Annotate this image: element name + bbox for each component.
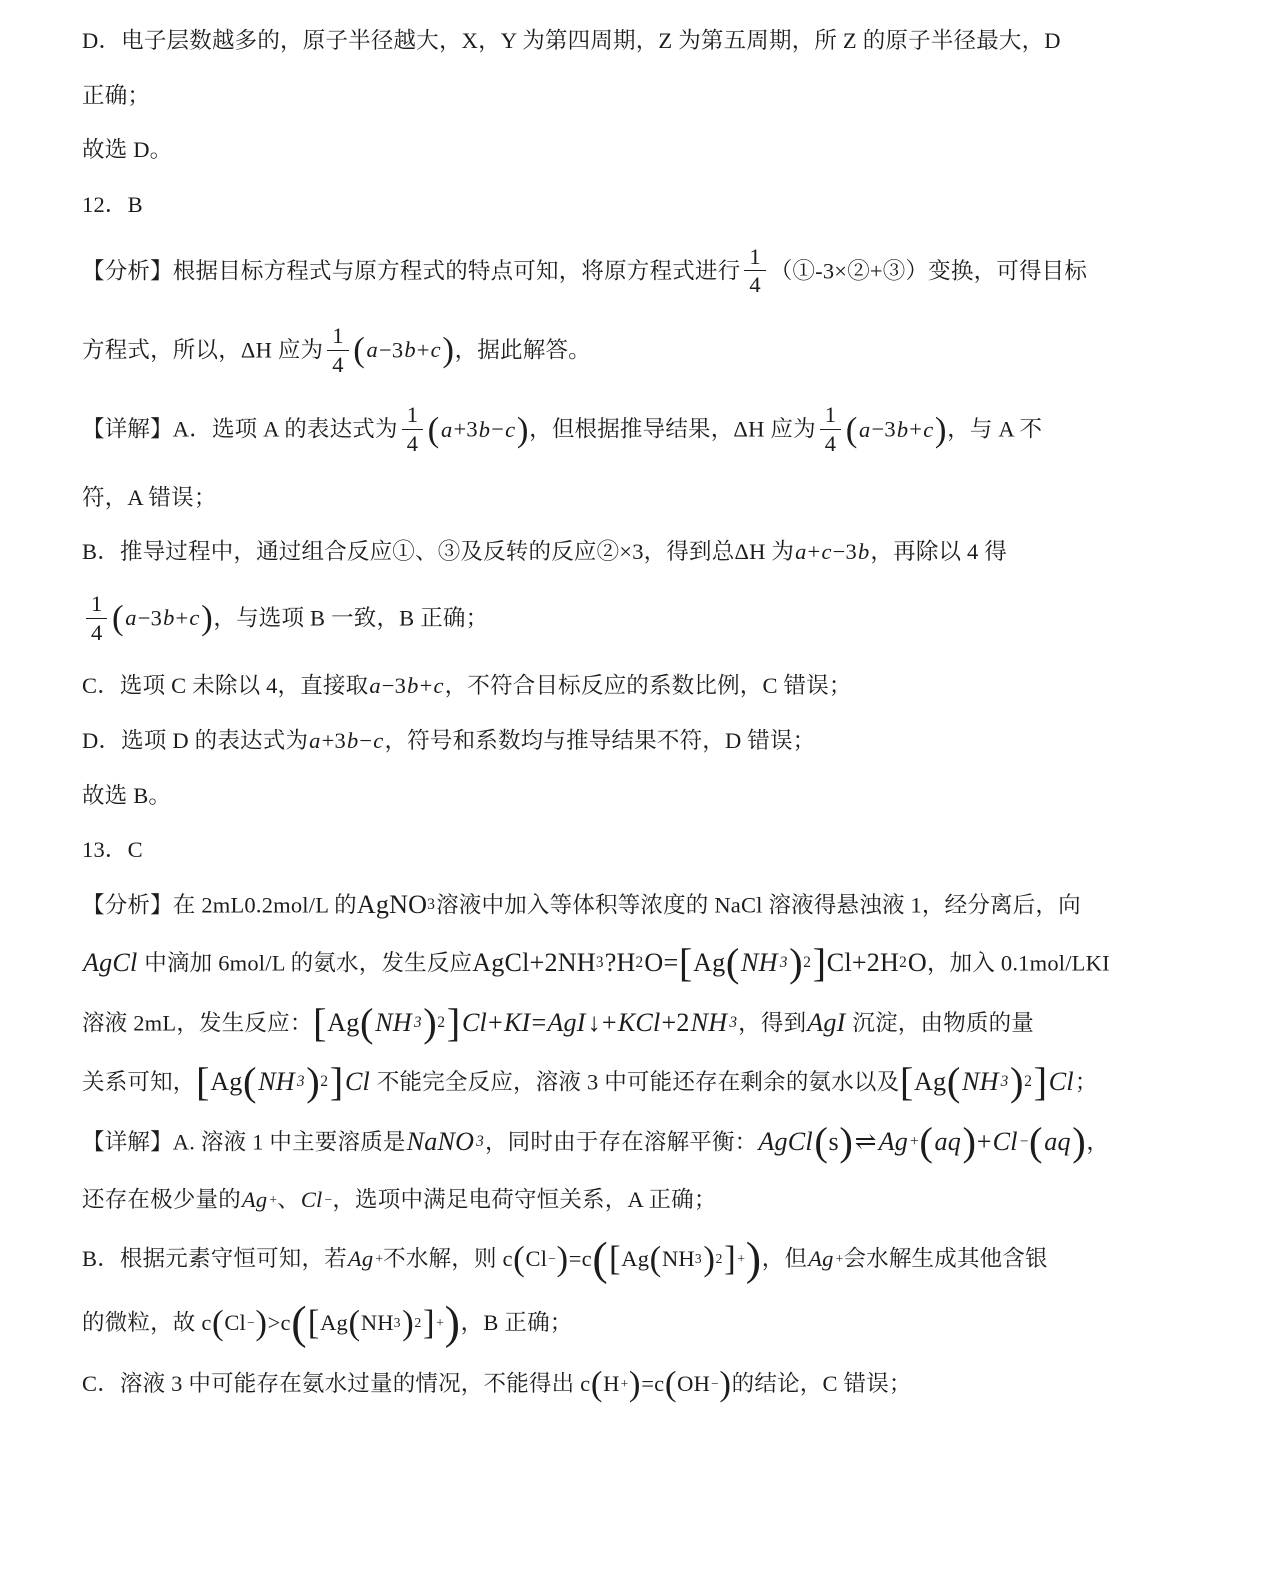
doc-line-20: 还存在极少量的Ag+、Cl−，选项中满足电荷守恒关系，A 正确； xyxy=(82,1183,1222,1215)
subscript: 2 xyxy=(899,954,907,971)
text-run: C．选项 C 未除以 4，直接取 xyxy=(82,673,368,698)
superscript: + xyxy=(436,1315,444,1330)
math-delimiter: ( xyxy=(360,1000,374,1045)
doc-line-14: 13．C xyxy=(82,833,1222,865)
text-run: O= xyxy=(644,948,678,977)
text-run: Ag xyxy=(693,948,725,977)
math-delimiter: ) xyxy=(1072,1119,1086,1164)
math-variable: a xyxy=(309,728,320,753)
math-variable: aq xyxy=(935,1127,962,1156)
math-variable: aq xyxy=(1044,1127,1071,1156)
text-run: AgNO xyxy=(357,890,427,919)
text-run: − xyxy=(491,417,504,442)
math-delimiter: ( xyxy=(112,598,124,637)
subscript: 3 xyxy=(394,1315,401,1330)
superscript: + xyxy=(375,1251,383,1266)
text-run: O xyxy=(908,948,927,977)
subscript: 3 xyxy=(780,954,788,971)
text-run: 、 xyxy=(277,1187,300,1212)
math-delimiter: ) xyxy=(935,410,947,449)
text-run: 还存在极少量的 xyxy=(82,1187,241,1212)
math-variable: Ag xyxy=(348,1246,373,1271)
text-run: Ag xyxy=(327,1008,359,1037)
math-delimiter: ( xyxy=(353,330,365,369)
text-run: 沉淀，由物质的量 xyxy=(847,1010,1034,1035)
math-variable: c xyxy=(505,417,515,442)
superscript: + xyxy=(910,1133,919,1150)
text-run: 故选 D。 xyxy=(82,137,172,162)
subscript: 3 xyxy=(427,896,435,913)
text-run: −3 xyxy=(833,539,857,564)
math-delimiter: ( xyxy=(846,410,858,449)
text-run: ，不符合目标反应的系数比例，C 错误； xyxy=(445,673,852,698)
math-delimiter: ) xyxy=(255,1303,267,1342)
math-delimiter: ) xyxy=(442,330,454,369)
fraction-numerator: 1 xyxy=(86,592,107,619)
text-run: + xyxy=(909,417,922,442)
math-delimiter: ( xyxy=(243,1059,257,1104)
doc-line-3: 故选 D。 xyxy=(82,133,1222,165)
math-delimiter: [ xyxy=(679,940,693,985)
text-run: B．推导过程中，通过组合反应①、③及反转的反应②×3，得到总ΔH 为 xyxy=(82,539,794,564)
doc-line-7: 【详解】A．选项 A 的表达式为14(a+3b−c)，但根据推导结果，ΔH 应为… xyxy=(82,401,1222,457)
math-delimiter: ( xyxy=(919,1119,933,1164)
fraction-denominator: 4 xyxy=(402,430,423,456)
text-run: ，B 正确； xyxy=(461,1310,573,1335)
text-run: 符，A 错误； xyxy=(82,485,217,510)
math-delimiter: ] xyxy=(423,1303,435,1342)
doc-line-13: 故选 B。 xyxy=(82,779,1222,811)
text-run: NH xyxy=(662,1246,695,1271)
math-variable: b xyxy=(897,417,908,442)
text-run: ，同时由于存在溶解平衡： xyxy=(485,1129,757,1154)
math-delimiter: ( xyxy=(291,1297,307,1348)
doc-line-10: 14(a−3b+c)，与选项 B 一致，B 正确； xyxy=(82,590,1222,646)
doc-line-21: B．根据元素守恒可知，若Ag+不水解，则 c(Cl−)=c([Ag(NH3)2]… xyxy=(82,1238,1222,1280)
text-run: 中滴加 6mol/L 的氨水，发生反应 xyxy=(138,951,472,976)
superscript: − xyxy=(247,1315,255,1330)
subscript: 3 xyxy=(729,1014,737,1031)
math-delimiter: ( xyxy=(591,1364,603,1403)
text-run: 方程式，所以，ΔH 应为 xyxy=(82,337,323,362)
math-variable: b xyxy=(858,539,869,564)
text-run: =c xyxy=(569,1246,592,1271)
math-variable: Cl xyxy=(462,1008,487,1037)
math-delimiter: ( xyxy=(349,1303,361,1342)
math-variable: Ag xyxy=(242,1187,267,1212)
text-run: 的结论，C 错误； xyxy=(732,1371,912,1396)
math-variable: c xyxy=(189,605,199,630)
text-run: 【分析】在 2mL0.2mol/L 的 xyxy=(82,892,357,917)
text-run: s xyxy=(829,1127,839,1156)
math-variable: Ag xyxy=(879,1127,908,1156)
math-variable: Cl xyxy=(1049,1067,1074,1096)
text-run: 不能完全反应，溶液 3 中可能还存在剩余的氨水以及 xyxy=(371,1070,899,1095)
fraction-numerator: 1 xyxy=(744,245,765,272)
math-delimiter: ) xyxy=(445,1297,461,1348)
subscript: 3 xyxy=(476,1133,484,1150)
text-run: Cl xyxy=(224,1310,246,1335)
math-variable: a xyxy=(859,417,870,442)
math-variable: NH xyxy=(258,1067,295,1096)
subscript: 3 xyxy=(1001,1073,1009,1090)
text-run: ； xyxy=(1075,1070,1098,1095)
fraction-denominator: 4 xyxy=(86,619,107,645)
math-variable: c xyxy=(821,539,831,564)
text-run: + xyxy=(417,337,430,362)
fraction: 14 xyxy=(327,324,348,376)
text-run: Ag xyxy=(210,1067,242,1096)
subscript: 3 xyxy=(596,954,604,971)
math-variable: AgI xyxy=(807,1008,845,1037)
text-run: +3 xyxy=(453,417,477,442)
text-run: 12．B xyxy=(82,192,143,217)
subscript: 3 xyxy=(297,1073,305,1090)
math-delimiter: ) xyxy=(201,598,213,637)
math-variable: KCl xyxy=(618,1008,661,1037)
math-delimiter: ) xyxy=(963,1119,977,1164)
math-variable: a xyxy=(367,337,378,362)
fraction-numerator: 1 xyxy=(402,403,423,430)
math-variable: b xyxy=(404,337,415,362)
fraction: 14 xyxy=(402,403,423,455)
math-delimiter: ( xyxy=(814,1119,828,1164)
subscript: 3 xyxy=(414,1014,422,1031)
text-run: −3 xyxy=(138,605,162,630)
text-run: + xyxy=(420,673,433,698)
text-run: 的微粒，故 c xyxy=(82,1310,212,1335)
text-run: 会水解生成其他含银 xyxy=(843,1246,1047,1271)
text-run: ，与 A 不 xyxy=(947,417,1042,442)
math-variable: NH xyxy=(741,948,778,977)
doc-line-2: 正确； xyxy=(82,79,1222,111)
fraction-denominator: 4 xyxy=(744,271,765,297)
text-run: = xyxy=(531,1008,546,1037)
math-delimiter: ] xyxy=(447,1000,461,1045)
subscript: 2 xyxy=(320,1073,328,1090)
math-variable: a xyxy=(795,539,806,564)
fraction: 14 xyxy=(744,245,765,297)
math-variable: AgI xyxy=(547,1008,585,1037)
math-delimiter: ( xyxy=(428,410,440,449)
text-run: AgCl+2NH xyxy=(472,948,596,977)
text-run: Cl+2H xyxy=(827,948,899,977)
math-variable: NH xyxy=(375,1008,412,1037)
subscript: 2 xyxy=(716,1251,723,1266)
math-delimiter: ] xyxy=(330,1059,344,1104)
math-variable: AgCl xyxy=(758,1127,812,1156)
text-run: B．根据元素守恒可知，若 xyxy=(82,1246,347,1271)
text-run: ，得到 xyxy=(738,1010,806,1035)
fraction-denominator: 4 xyxy=(327,351,348,377)
doc-line-9: B．推导过程中，通过组合反应①、③及反转的反应②×3，得到总ΔH 为a+c−3b… xyxy=(82,535,1222,567)
math-delimiter: ( xyxy=(947,1059,961,1104)
text-run: 溶液 2mL，发生反应： xyxy=(82,1010,313,1035)
doc-line-6: 方程式，所以，ΔH 应为14(a−3b+c)，据此解答。 xyxy=(82,322,1222,378)
math-delimiter: ) xyxy=(306,1059,320,1104)
math-variable: c xyxy=(431,337,441,362)
math-delimiter: ) xyxy=(1010,1059,1024,1104)
math-delimiter: ) xyxy=(629,1364,641,1403)
text-run: D．电子层数越多的，原子半径越大，X，Y 为第四周期，Z 为第五周期，所 Z 的… xyxy=(82,28,1061,53)
math-delimiter: ( xyxy=(665,1364,677,1403)
doc-line-11: C．选项 C 未除以 4，直接取a−3b+c，不符合目标反应的系数比例，C 错误… xyxy=(82,669,1222,701)
math-delimiter: ( xyxy=(513,1239,525,1278)
math-variable: c xyxy=(373,728,383,753)
math-delimiter: ] xyxy=(724,1239,736,1278)
text-run: 不水解，则 c xyxy=(383,1246,513,1271)
subscript: 2 xyxy=(636,954,644,971)
math-variable: NaNO xyxy=(407,1127,475,1156)
math-variable: a xyxy=(369,673,380,698)
math-variable: b xyxy=(407,673,418,698)
superscript: + xyxy=(737,1251,745,1266)
math-variable: a xyxy=(125,605,136,630)
subscript: 2 xyxy=(437,1014,445,1031)
superscript: + xyxy=(621,1376,629,1391)
text-run: + xyxy=(808,539,821,564)
math-variable: Cl xyxy=(301,1187,323,1212)
doc-line-22: 的微粒，故 c(Cl−)>c([Ag(NH3)2]+)，B 正确； xyxy=(82,1302,1222,1344)
text-run: OH xyxy=(677,1371,710,1396)
math-delimiter: ( xyxy=(650,1239,662,1278)
fraction-numerator: 1 xyxy=(327,324,348,351)
math-delimiter: ( xyxy=(726,940,740,985)
text-run: ，但根据推导结果，ΔH 应为 xyxy=(529,417,816,442)
math-delimiter: ) xyxy=(789,940,803,985)
text-run: + xyxy=(602,1008,617,1037)
text-run: 【详解】A. 溶液 1 中主要溶质是 xyxy=(82,1129,406,1154)
text-run: +2 xyxy=(661,1008,689,1037)
text-run: C．溶液 3 中可能存在氨水过量的情况，不能得出 c xyxy=(82,1371,590,1396)
text-run: ， xyxy=(1086,1129,1109,1154)
subscript: 3 xyxy=(695,1251,702,1266)
text-run: − xyxy=(359,728,372,753)
math-delimiter: [ xyxy=(609,1239,621,1278)
math-delimiter: ) xyxy=(839,1119,853,1164)
math-delimiter: ) xyxy=(402,1303,414,1342)
text-run: + xyxy=(488,1008,503,1037)
math-delimiter: [ xyxy=(900,1059,914,1104)
math-delimiter: ] xyxy=(813,940,827,985)
doc-line-5: 【分析】根据目标方程式与原方程式的特点可知，将原方程式进行14（①-3×②+③）… xyxy=(82,243,1222,299)
text-run: D．选项 D 的表达式为 xyxy=(82,728,308,753)
math-variable: KI xyxy=(504,1008,531,1037)
math-variable: b xyxy=(347,728,358,753)
math-delimiter: [ xyxy=(313,1000,327,1045)
fraction: 14 xyxy=(86,592,107,644)
doc-line-23: C．溶液 3 中可能存在氨水过量的情况，不能得出 c(H+)=c(OH−)的结论… xyxy=(82,1367,1222,1400)
math-variable: Cl xyxy=(345,1067,370,1096)
math-delimiter: [ xyxy=(308,1303,320,1342)
text-run: NH xyxy=(361,1310,394,1335)
text-run: ，与选项 B 一致，B 正确； xyxy=(213,605,488,630)
math-variable: b xyxy=(163,605,174,630)
text-run: ，再除以 4 得 xyxy=(870,539,1007,564)
math-delimiter: [ xyxy=(196,1059,210,1104)
text-run: ，选项中满足电荷守恒关系，A 正确； xyxy=(332,1187,716,1212)
answer-document-page: D．电子层数越多的，原子半径越大，X，Y 为第四周期，Z 为第五周期，所 Z 的… xyxy=(0,0,1280,1579)
text-run: Cl xyxy=(525,1246,547,1271)
text-run: + xyxy=(176,605,189,630)
math-delimiter: ) xyxy=(556,1239,568,1278)
doc-line-16: AgCl 中滴加 6mol/L 的氨水，发生反应AgCl+2NH3?H2O=[A… xyxy=(82,945,1222,981)
text-run: ?H xyxy=(605,948,636,977)
math-delimiter: ) xyxy=(746,1233,762,1284)
text-run: 关系可知， xyxy=(82,1070,196,1095)
superscript: − xyxy=(711,1376,719,1391)
subscript: 2 xyxy=(803,954,811,971)
math-variable: b xyxy=(479,417,490,442)
math-variable: NH xyxy=(691,1008,728,1037)
math-variable: c xyxy=(433,673,443,698)
math-variable: AgCl xyxy=(83,948,137,977)
math-variable: Ag xyxy=(808,1246,833,1271)
superscript: + xyxy=(269,1192,277,1207)
text-run: ，符号和系数均与推导结果不符，D 错误； xyxy=(384,728,815,753)
math-variable: Cl xyxy=(993,1127,1018,1156)
math-delimiter: ) xyxy=(423,1000,437,1045)
math-delimiter: ( xyxy=(212,1303,224,1342)
math-delimiter: ) xyxy=(719,1364,731,1403)
text-run: Ag xyxy=(914,1067,946,1096)
math-delimiter: ( xyxy=(1029,1119,1043,1164)
doc-line-12: D．选项 D 的表达式为a+3b−c，符号和系数均与推导结果不符，D 错误； xyxy=(82,724,1222,756)
text-run: 13．C xyxy=(82,837,143,862)
fraction-numerator: 1 xyxy=(820,403,841,430)
fraction-denominator: 4 xyxy=(820,430,841,456)
doc-line-15: 【分析】在 2mL0.2mol/L 的AgNO3溶液中加入等体积等浓度的 NaC… xyxy=(82,888,1222,922)
doc-line-19: 【详解】A. 溶液 1 中主要溶质是NaNO3，同时由于存在溶解平衡：AgCl(… xyxy=(82,1124,1222,1160)
text-run: + xyxy=(977,1127,992,1156)
text-run: =c xyxy=(641,1371,664,1396)
text-run: 【详解】A．选项 A 的表达式为 xyxy=(82,417,398,442)
subscript: 2 xyxy=(414,1315,421,1330)
fraction: 14 xyxy=(820,403,841,455)
text-run: −3 xyxy=(382,673,406,698)
math-delimiter: ) xyxy=(703,1239,715,1278)
text-run: 故选 B。 xyxy=(82,783,171,808)
text-run: −3 xyxy=(379,337,403,362)
subscript: 2 xyxy=(1024,1073,1032,1090)
superscript: − xyxy=(1020,1133,1029,1150)
text-run: （①-3×②+③）变换，可得目标 xyxy=(770,258,1087,283)
text-run: 溶液中加入等体积等浓度的 NaCl 溶液得悬浊液 1，经分离后，向 xyxy=(436,892,1081,917)
text-run: ，加入 0.1mol/LKI xyxy=(927,951,1110,976)
text-run: Ag xyxy=(320,1310,348,1335)
text-run: ，但 xyxy=(762,1246,807,1271)
doc-line-17: 溶液 2mL，发生反应：[Ag(NH3)2]Cl+KI=AgI↓+KCl+2NH… xyxy=(82,1005,1222,1041)
superscript: − xyxy=(548,1251,556,1266)
doc-line-18: 关系可知，[Ag(NH3)2]Cl 不能完全反应，溶液 3 中可能还存在剩余的氨… xyxy=(82,1064,1222,1100)
text-run: ，据此解答。 xyxy=(455,337,591,362)
math-variable: a xyxy=(441,417,452,442)
text-run: Ag xyxy=(621,1246,649,1271)
text-run: 正确； xyxy=(82,83,150,108)
text-run: >c xyxy=(268,1310,291,1335)
math-symbol: ↓ xyxy=(588,1008,601,1037)
math-variable: c xyxy=(923,417,933,442)
math-delimiter: ] xyxy=(1034,1059,1048,1104)
math-variable: NH xyxy=(962,1067,999,1096)
text-run: 【分析】根据目标方程式与原方程式的特点可知，将原方程式进行 xyxy=(82,258,740,283)
math-symbol: ⇌ xyxy=(855,1127,877,1156)
doc-line-4: 12．B xyxy=(82,188,1222,220)
math-delimiter: ) xyxy=(517,410,529,449)
text-run: +3 xyxy=(322,728,346,753)
doc-line-8: 符，A 错误； xyxy=(82,481,1222,513)
doc-line-1: D．电子层数越多的，原子半径越大，X，Y 为第四周期，Z 为第五周期，所 Z 的… xyxy=(82,24,1222,56)
text-run: H xyxy=(603,1371,619,1396)
text-run: −3 xyxy=(872,417,896,442)
math-delimiter: ( xyxy=(592,1233,608,1284)
